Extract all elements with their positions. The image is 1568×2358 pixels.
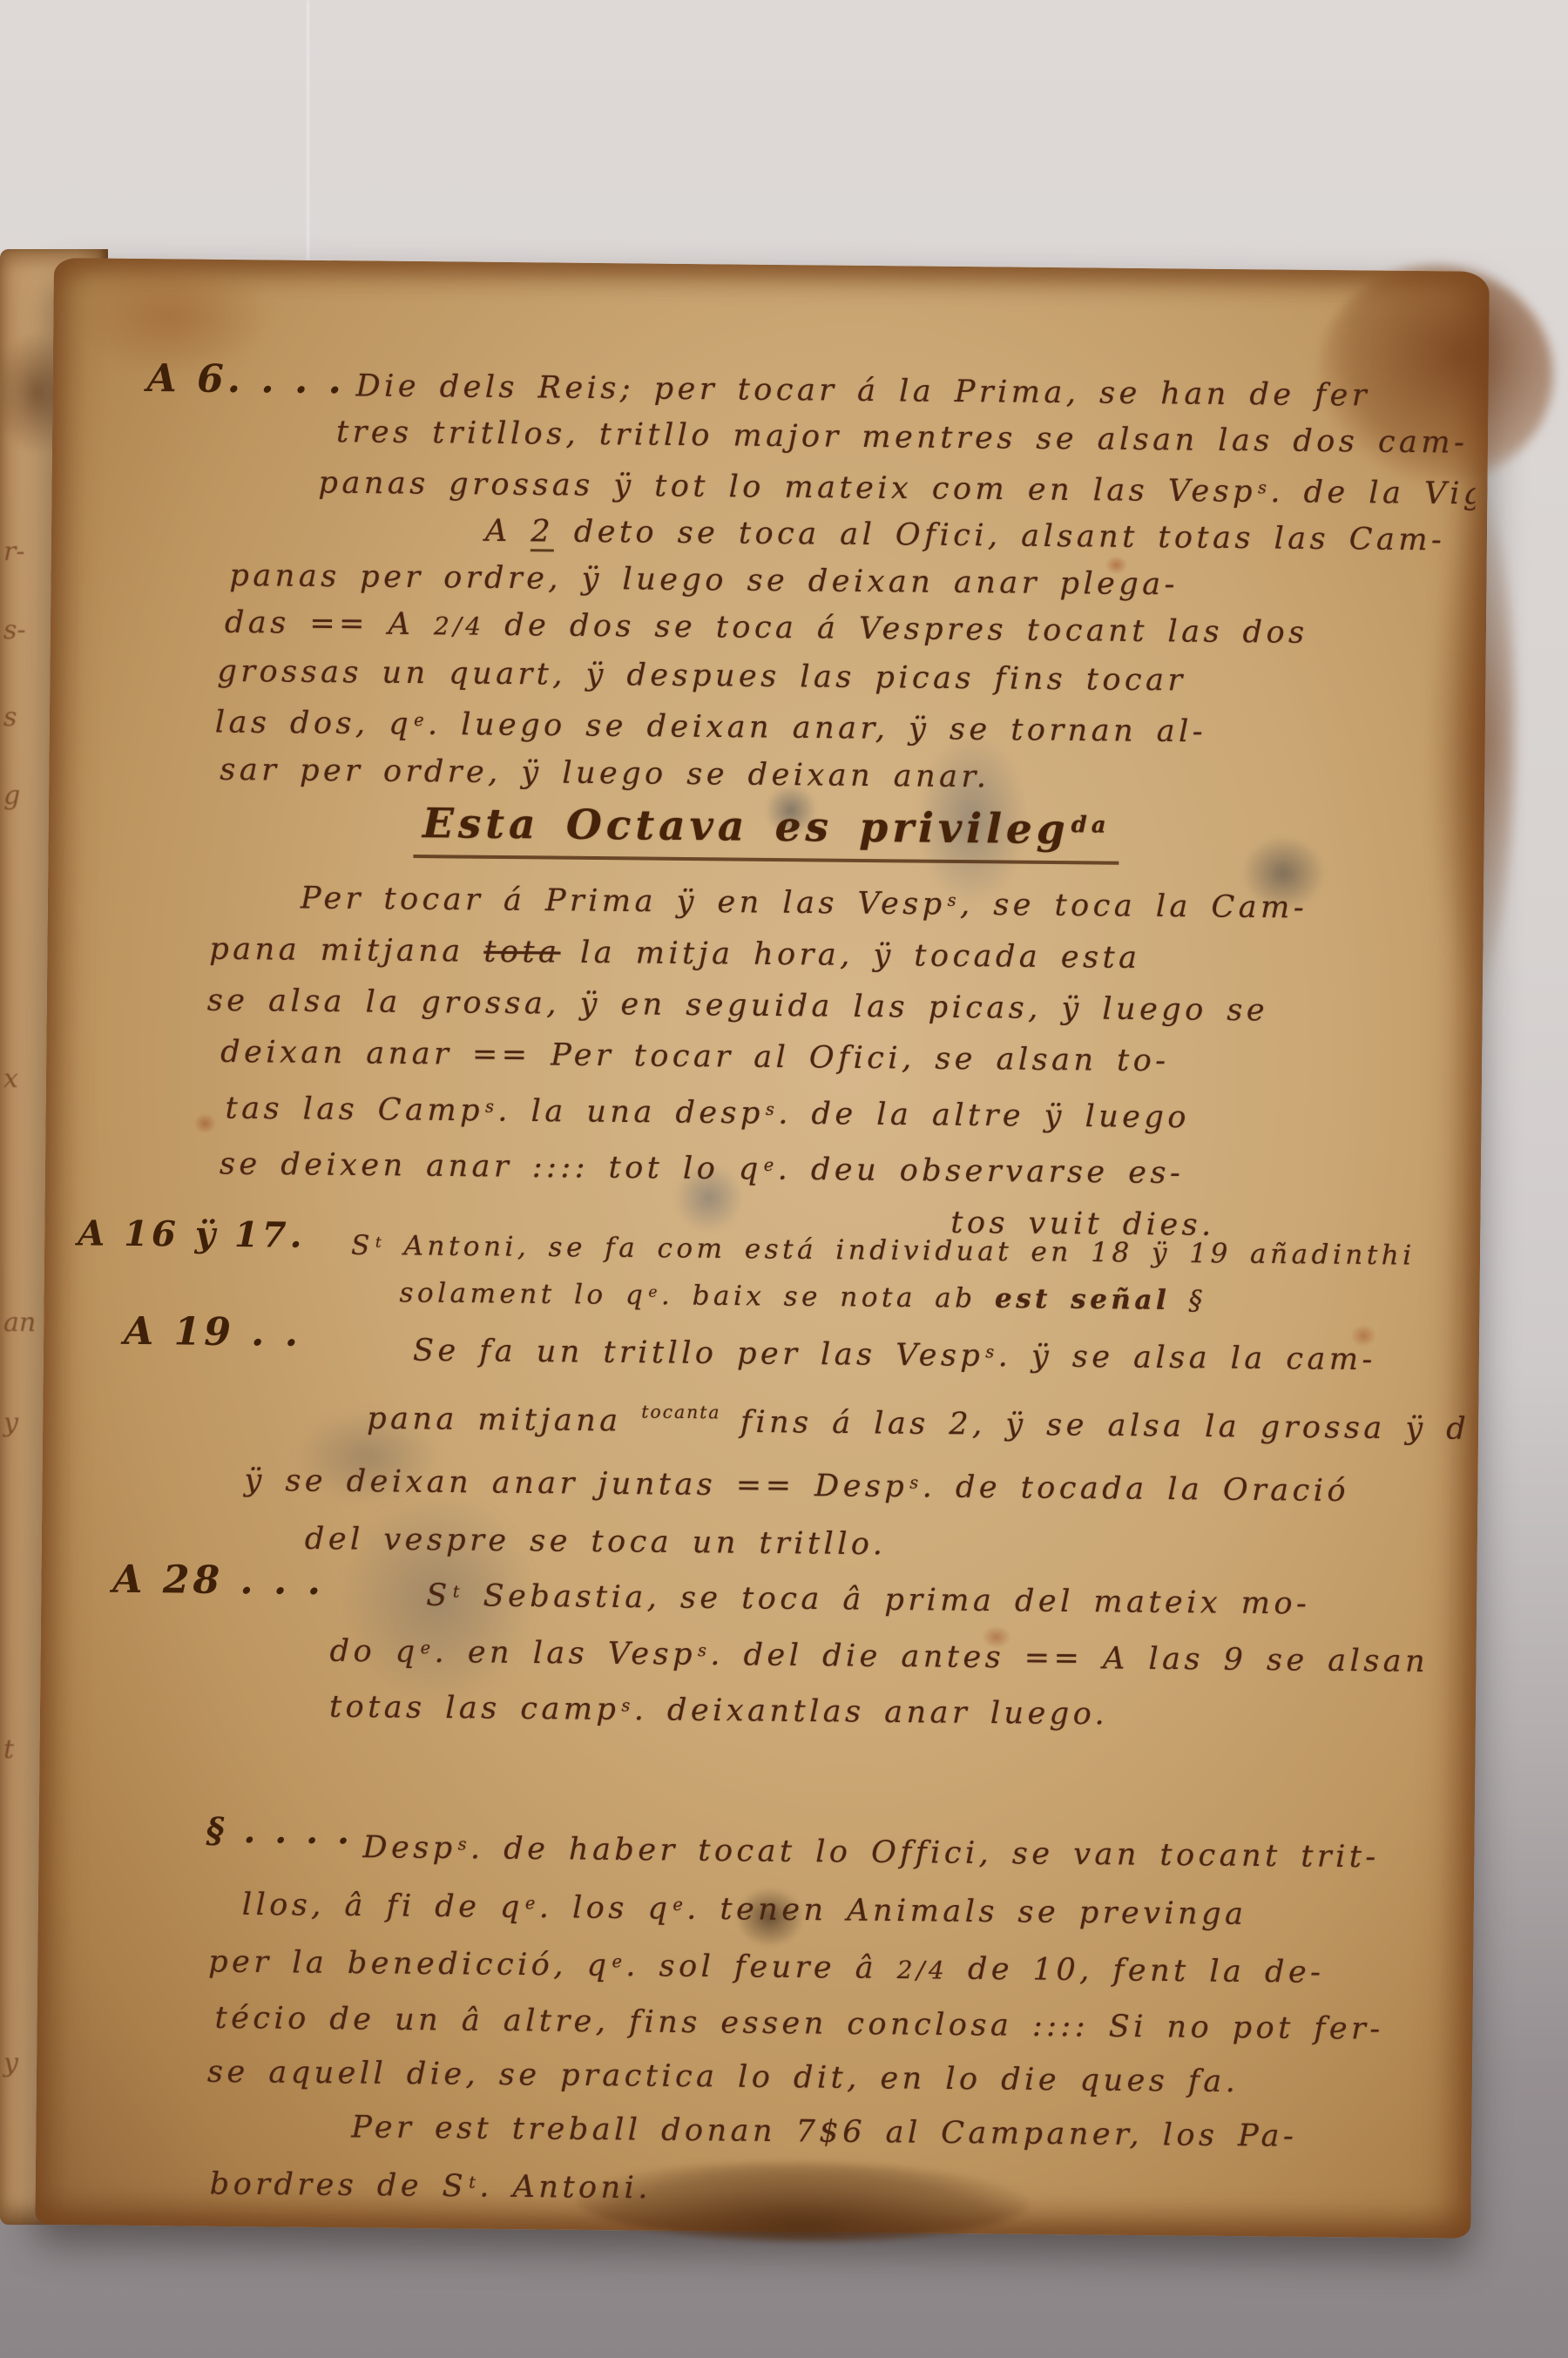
text-block: § . . . .Desps. de haber tocat lo Offici…: [35, 1814, 1462, 2223]
text-block: A 19 . .Se fa un tritllo per las Vesps. …: [42, 1314, 1468, 1580]
manuscript-text-sup: e: [764, 1155, 778, 1175]
manuscript-text-sup: s: [698, 1640, 711, 1660]
manuscript-text-sup: s: [909, 1472, 923, 1492]
text-block: Per tocar á Prima ÿ en las Vesps, se toc…: [44, 866, 1471, 1254]
manuscript-text: ÿ se deixan anar juntas == Desp: [244, 1463, 908, 1504]
manuscript-text: . en las Vesp: [434, 1635, 696, 1672]
manuscript-text-sup: s: [948, 890, 961, 910]
margin-date-label: A 6. . . .: [146, 356, 345, 402]
manuscript-text: pana mitjana: [209, 931, 483, 969]
manuscript-text: A: [485, 514, 531, 550]
bleed-through-letter: g: [3, 780, 20, 811]
manuscript-text-strike: tota: [483, 934, 560, 970]
manuscript-text: das == A: [225, 605, 434, 642]
manuscript-text: se alsa la grossa, ÿ en seguida las pica…: [207, 983, 1269, 1028]
manuscript-text-frac: 2/4: [434, 611, 485, 641]
manuscript-text: técio de un â altre, fins essen conclosa…: [214, 2001, 1383, 2047]
manuscript-text-sup: s: [1258, 477, 1271, 497]
manuscript-text: sar per ordre, ÿ luego se deixan anar.: [220, 752, 990, 794]
manuscript-text: grossas un quart, ÿ despues las picas fi…: [217, 654, 1186, 699]
manuscript-text: Desp: [362, 1830, 456, 1866]
manuscript-text: Antoni, se fa com está individuat en 18 …: [385, 1230, 1416, 1271]
manuscript-text: . de la Vig: [1270, 475, 1476, 511]
bleed-through-letter: s-: [3, 615, 26, 645]
manuscript-text: . de haber tocat lo Offici, se van tocan…: [470, 1831, 1380, 1875]
manuscript-text: panas per ordre, ÿ luego se deixan anar …: [229, 558, 1179, 602]
manuscript-text: . deixantlas anar luego.: [634, 1692, 1109, 1732]
manuscript-text-sup: e: [648, 1283, 661, 1301]
manuscript-text-sup: e: [414, 710, 428, 730]
manuscript-text: tas las Camp: [225, 1091, 483, 1128]
manuscript-text: llos, â fi de q: [242, 1887, 524, 1924]
manuscript-text-frac: 2/4: [897, 1956, 949, 1985]
backdrop-crease: [307, 0, 309, 287]
manuscript-text: . luego se deixan anar, ÿ se tornan al-: [428, 707, 1206, 750]
manuscript-text: . deu observarse es-: [777, 1152, 1184, 1191]
manuscript-text: del vespre se toca un tritllo.: [305, 1522, 887, 1562]
text-block: A 6. . . .Die dels Reis; per tocar á la …: [51, 361, 1477, 517]
margin-date-label: A 16 ÿ 17.: [78, 1213, 306, 1256]
bleed-through-letter: r-: [3, 537, 24, 567]
manuscript-page: Esta Octava es privilegda A 6. . . .Die …: [35, 258, 1490, 2239]
manuscript-text: §: [1170, 1284, 1206, 1315]
text-block: A 2 deto se toca al Ofici, alsant totas …: [49, 503, 1475, 805]
manuscript-text-sup: e: [421, 1638, 435, 1658]
manuscript-text: Per est treball donan 7$6 al Campaner, l…: [351, 2110, 1297, 2153]
manuscript-text-ins: tocanta: [641, 1401, 720, 1422]
manuscript-text: . de la altre ÿ luego: [778, 1096, 1190, 1135]
bleed-through-letter: an: [3, 1307, 36, 1338]
manuscript-text: . la una desp: [497, 1093, 764, 1131]
manuscript-text: bordres de S: [210, 2166, 468, 2204]
margin-date-label: A 19 . .: [124, 1309, 301, 1355]
bleed-through-letter: y: [3, 2048, 18, 2078]
manuscript-text: tres tritllos, tritllo major mentres se …: [336, 415, 1469, 460]
manuscript-text: Die dels Reis; per tocar á la Prima, se …: [355, 368, 1370, 413]
bleed-through-letter: t: [3, 1734, 14, 1765]
manuscript-text-sup: s: [985, 1341, 998, 1361]
manuscript-text: de dos se toca á Vespres tocant las dos: [484, 608, 1308, 651]
manuscript-photo: r-s-sgxanyty Esta Octava es privilegda A…: [0, 0, 1568, 2358]
manuscript-text: fins á las 2, ÿ se alsa la grossa ÿ deme…: [720, 1404, 1466, 1447]
manuscript-text: Se fa un tritllo per las Vesp: [413, 1334, 984, 1374]
text-block: A 16 ÿ 17.St Antoni, se fa com está indi…: [44, 1218, 1468, 1325]
manuscript-text: Per tocar á Prima ÿ en las Vesp: [301, 881, 946, 922]
manuscript-text: . sol feure â: [625, 1949, 897, 1986]
manuscript-text: . del die antes == A las 9 se alsan: [710, 1638, 1429, 1679]
margin-date-label: § . . . .: [206, 1810, 353, 1853]
manuscript-text: la mitja hora, ÿ tocada esta: [560, 935, 1140, 975]
heading-superscript: da: [1071, 812, 1111, 838]
margin-date-label: A 28 . . .: [112, 1557, 324, 1604]
bleed-through-letter: s: [3, 702, 17, 733]
manuscript-text-sup: e: [612, 1951, 625, 1971]
manuscript-text-sup: e: [525, 1893, 539, 1913]
manuscript-text-sup: s: [458, 1834, 471, 1855]
manuscript-text: deixan anar == Per tocar al Ofici, se al…: [220, 1035, 1170, 1078]
manuscript-text: . los q: [539, 1890, 672, 1926]
manuscript-text: se deixen anar :::: tot lo q: [220, 1147, 762, 1187]
manuscript-text-sup: s: [766, 1099, 779, 1119]
manuscript-text: de 10, fent la de-: [948, 1952, 1325, 1990]
manuscript-text: . Antoni.: [479, 2169, 652, 2206]
bleed-through-letter: y: [3, 1408, 18, 1438]
section-heading: Esta Octava es privilegda: [49, 796, 1484, 858]
manuscript-text-sup: s: [485, 1096, 498, 1116]
manuscript-text: . de tocada la Oració: [922, 1470, 1349, 1509]
manuscript-text: deto se toca al Ofici, alsant totas las …: [554, 515, 1446, 558]
manuscript-text-sup: e: [672, 1895, 686, 1915]
manuscript-text: panas grossas ÿ tot lo mateix com en las…: [318, 466, 1256, 510]
manuscript-text: solament lo q: [399, 1277, 646, 1311]
manuscript-text-bold: est señal: [995, 1282, 1171, 1315]
manuscript-text-sup: t: [453, 1581, 463, 1601]
manuscript-text: se aquell die, se practica lo dit, en lo…: [207, 2055, 1240, 2099]
manuscript-text: . ÿ se alsa la cam-: [998, 1339, 1377, 1377]
text-block: A 28 . . .St Sebastia, se toca â prima d…: [40, 1562, 1465, 1745]
manuscript-text: do q: [329, 1633, 418, 1669]
text-layer: Esta Octava es privilegda A 6. . . .Die …: [35, 258, 1490, 2239]
manuscript-text: S: [426, 1578, 451, 1613]
manuscript-text: S: [351, 1230, 374, 1261]
manuscript-text: las dos, q: [215, 705, 413, 741]
manuscript-text-sup: t: [375, 1234, 386, 1252]
manuscript-text-sup: t: [469, 2172, 479, 2192]
manuscript-text: . tenen Animals se previnga: [686, 1891, 1247, 1931]
manuscript-text-und: 2: [531, 514, 554, 551]
bleed-through-letter: x: [3, 1064, 18, 1094]
manuscript-text: totas las camp: [329, 1690, 620, 1727]
manuscript-text: Sebastia, se toca â prima del mateix mo-: [463, 1578, 1311, 1621]
manuscript-text: per la benedicció, q: [208, 1945, 611, 1983]
heading-text: Esta Octava es privileg: [422, 800, 1070, 854]
manuscript-text: . baix se nota ab: [661, 1280, 995, 1314]
manuscript-text-sup: s: [621, 1696, 634, 1716]
manuscript-text: pana mitjana: [367, 1401, 641, 1438]
manuscript-text: , se toca la Cam-: [960, 888, 1308, 926]
